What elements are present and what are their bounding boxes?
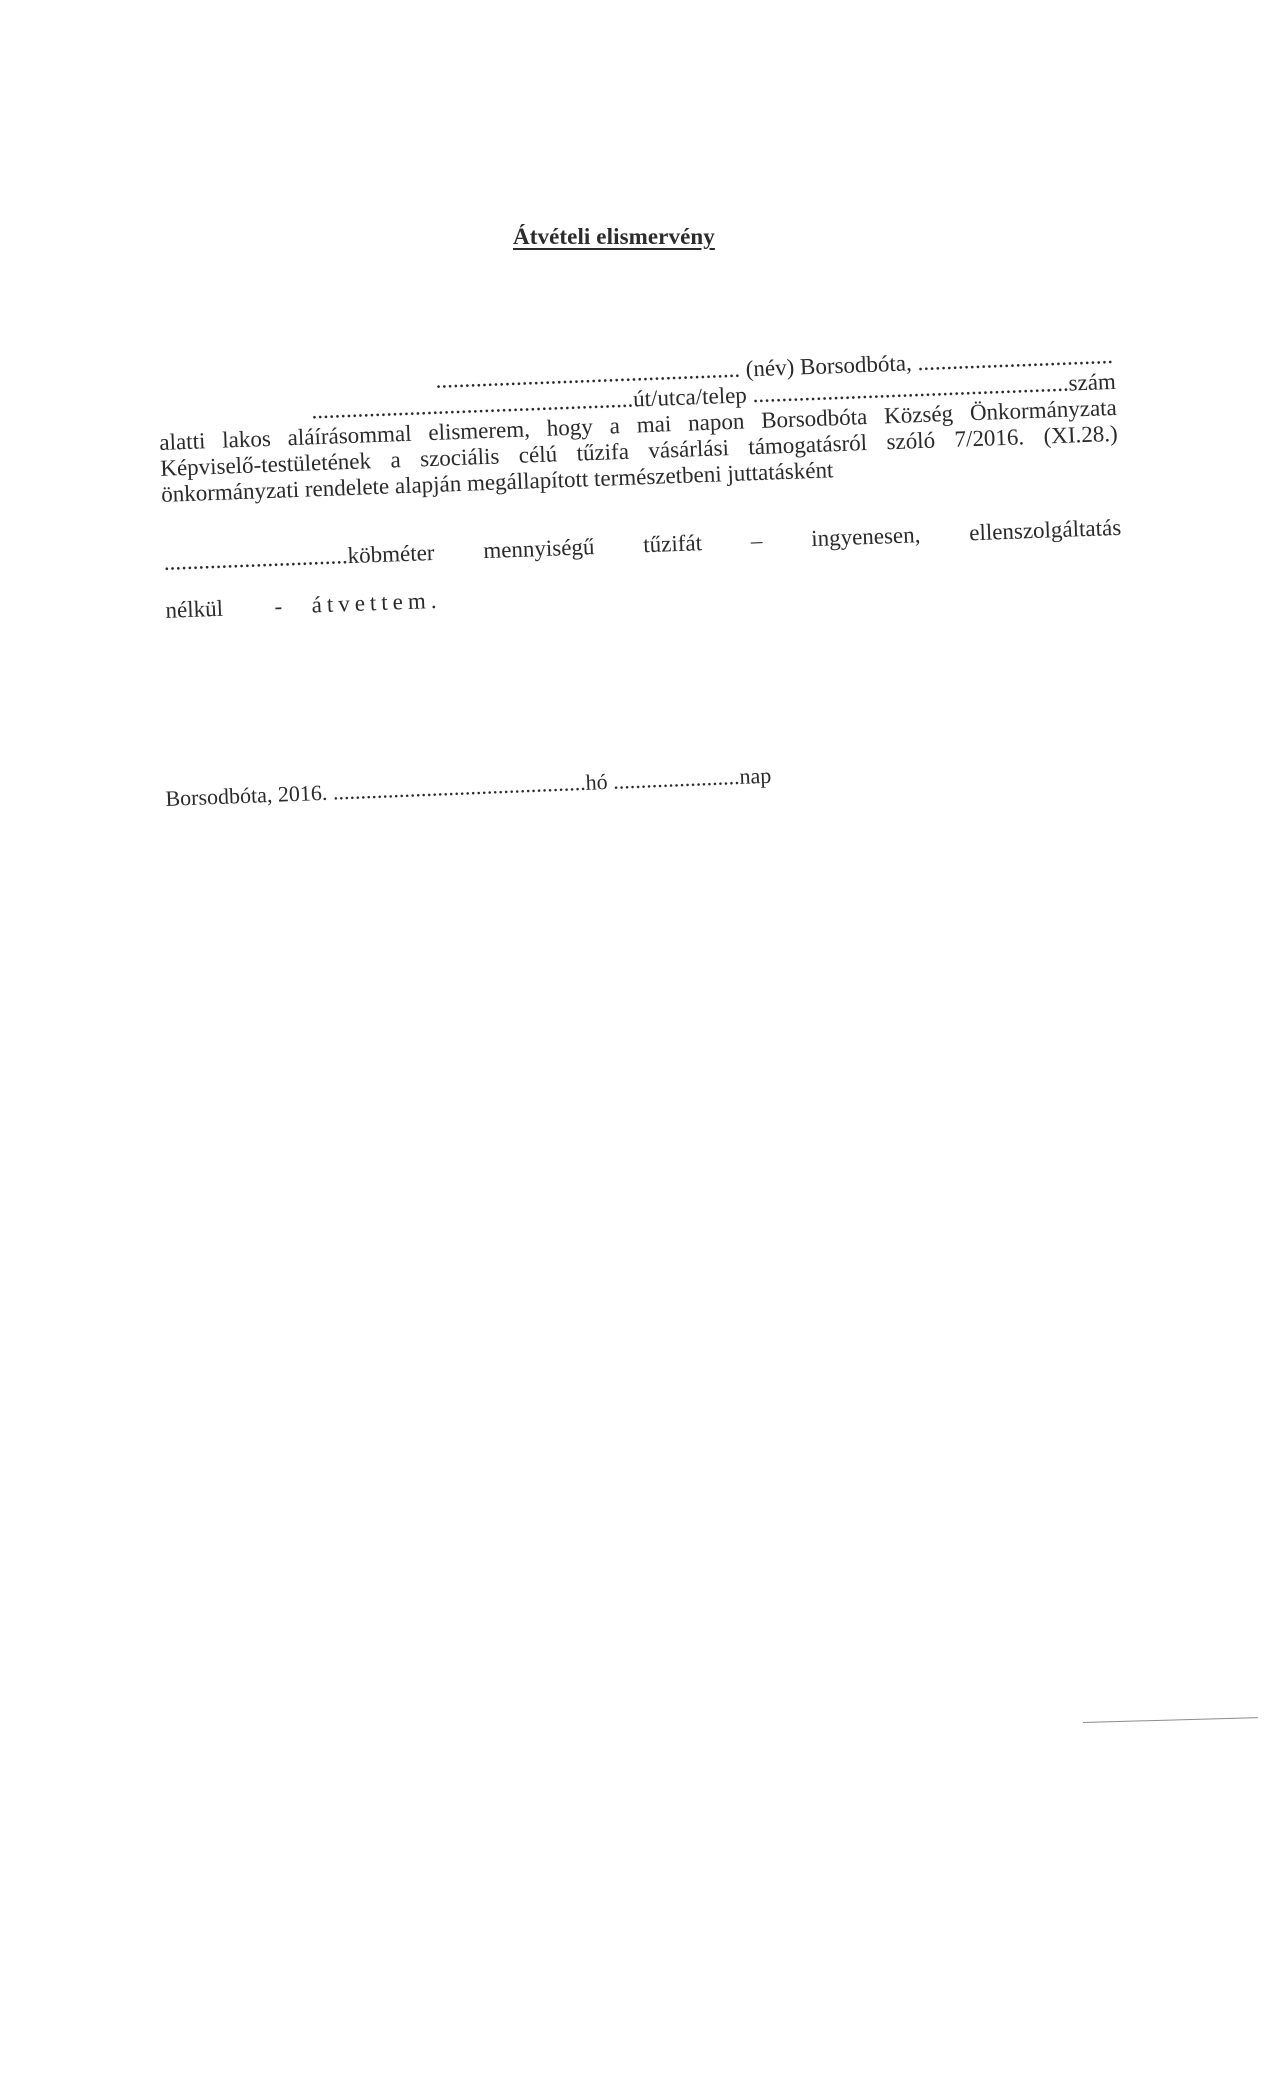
received-dash: - bbox=[274, 594, 283, 619]
receipt-body: ........................................… bbox=[157, 343, 1123, 624]
received-word: átvettem. bbox=[311, 588, 442, 618]
signature-line bbox=[1083, 1717, 1258, 1723]
document-title: Átvételi elismervény bbox=[513, 224, 715, 250]
date-line: Borsodbóta, 2016. ......................… bbox=[165, 755, 965, 812]
received-without: nélkül bbox=[165, 596, 223, 623]
